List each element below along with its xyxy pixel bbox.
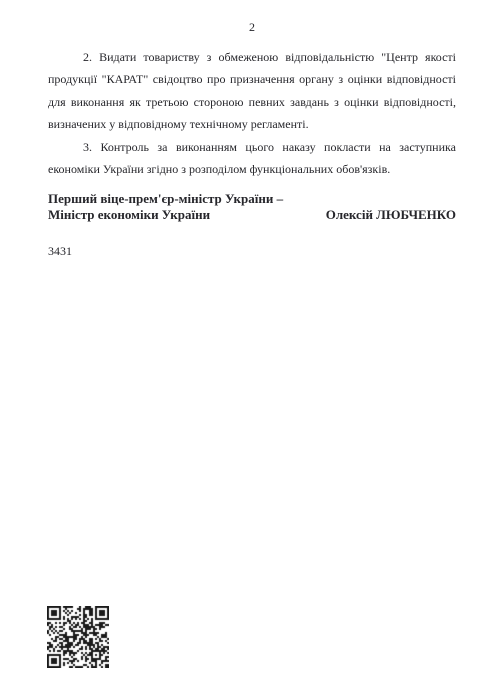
- qr-code-icon: [47, 606, 109, 668]
- signer-title-line-2: Міністр економіки України: [48, 207, 210, 223]
- signer-name: Олексій ЛЮБЧЕНКО: [326, 207, 456, 223]
- paragraph-2-line: 2. Видати товариству з обмеженою відпові…: [48, 46, 456, 68]
- paragraph-2-line: продукції "КАРАТ" свідоцтво про призначе…: [48, 68, 456, 90]
- paragraph-2-line: для виконання як третьою стороною певних…: [48, 91, 456, 113]
- paragraph-2-line: визначених у відповідному технічному рег…: [48, 113, 456, 135]
- paragraph-3-line: економіки України згідно з розподілом фу…: [48, 158, 456, 180]
- signature-row: Міністр економіки України Олексій ЛЮБЧЕН…: [48, 207, 456, 223]
- document-number: 3431: [48, 244, 72, 259]
- signature-block: Перший віце-прем'єр-міністр України – Мі…: [48, 191, 456, 223]
- order-text: 2. Видати товариству з обмеженою відпові…: [48, 46, 456, 180]
- paragraph-3-line: 3. Контроль за виконанням цього наказу п…: [48, 136, 456, 158]
- document-page: 2 2. Видати товариству з обмеженою відпо…: [0, 0, 479, 689]
- page-number: 2: [48, 20, 456, 35]
- signer-title-line-1: Перший віце-прем'єр-міністр України –: [48, 191, 456, 207]
